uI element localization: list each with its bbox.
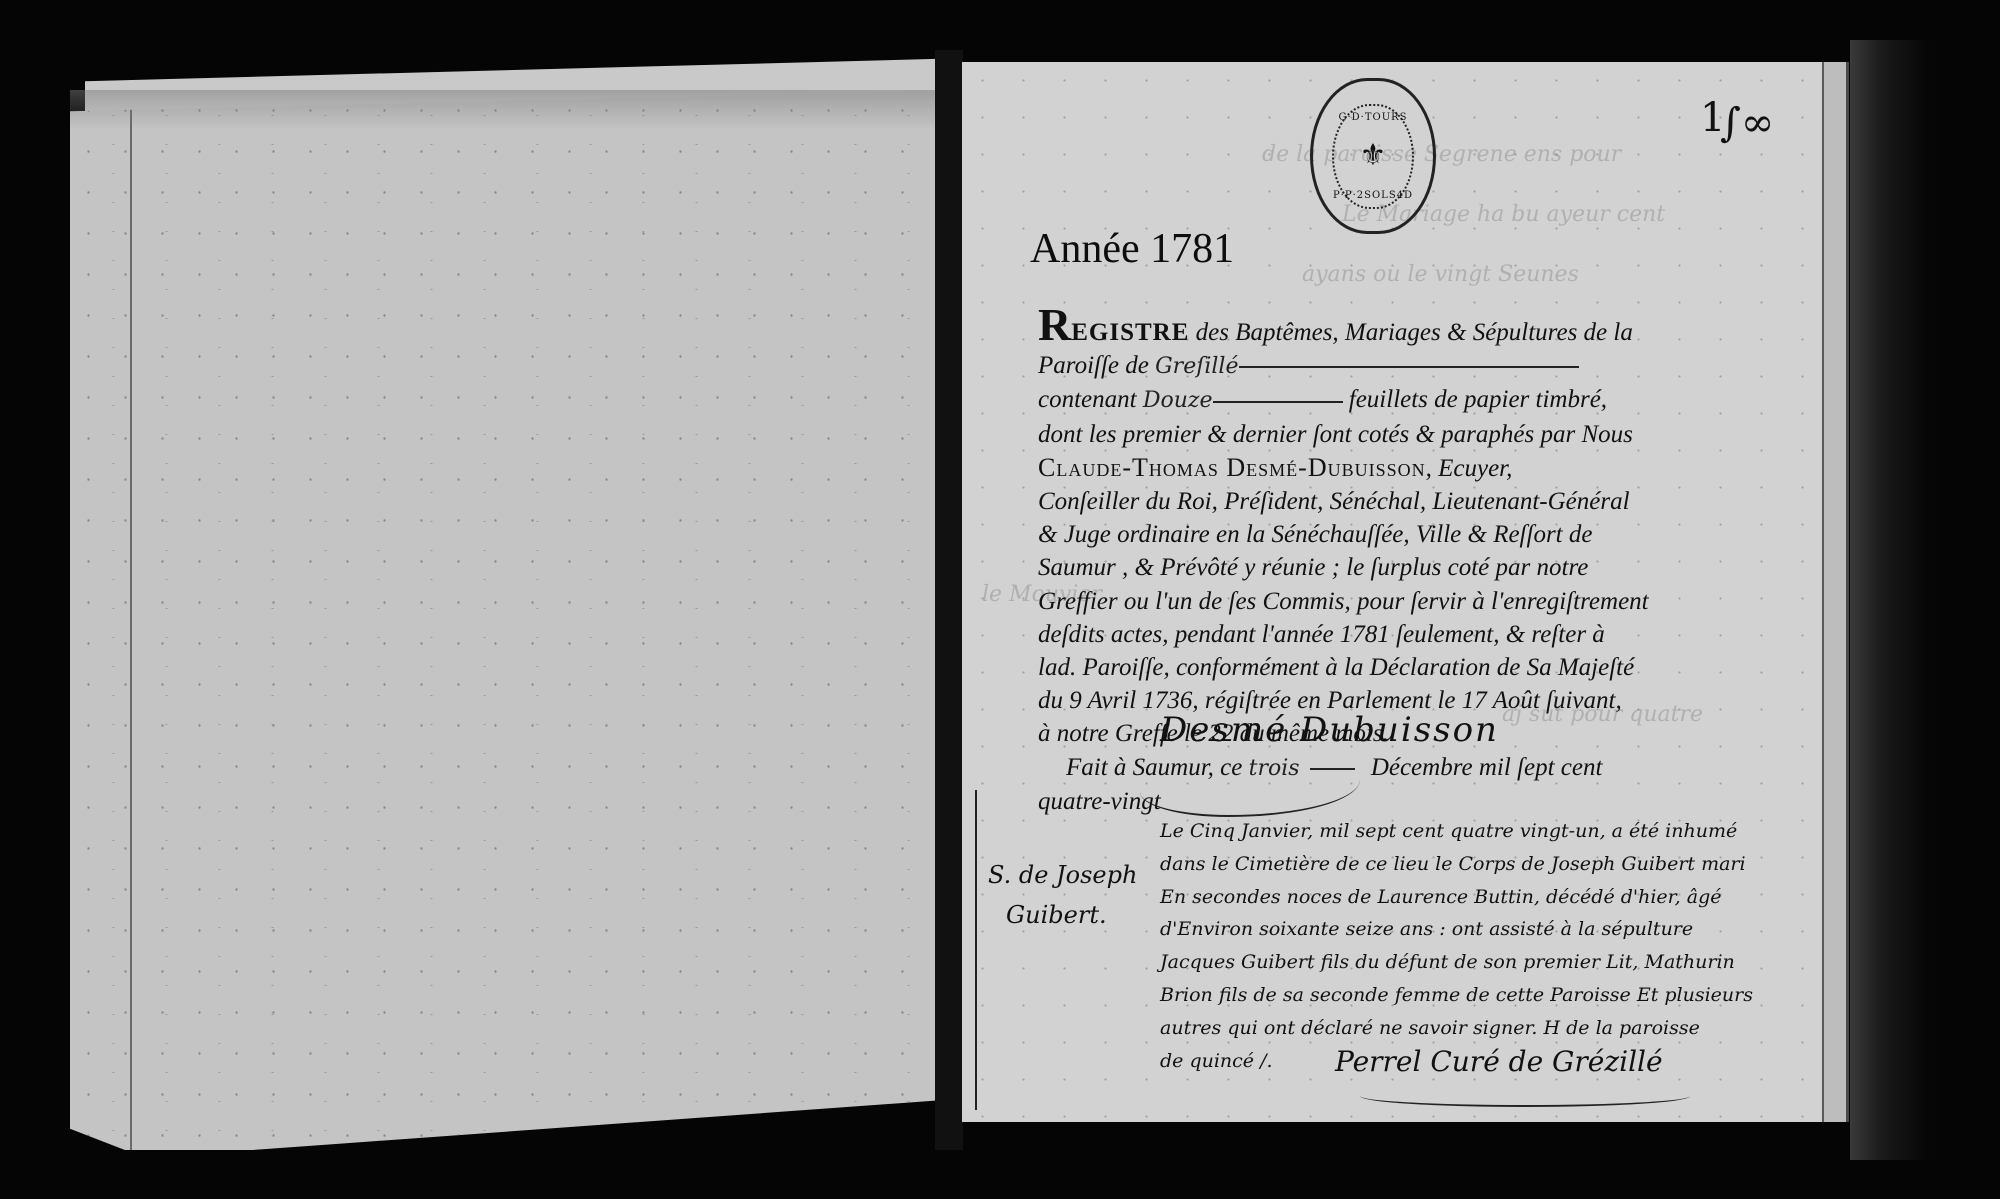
form-line: Conſeiller du Roi, Préſident, Sénéchal, … [1038,485,1668,518]
form-line: & Juge ordinaire en la Sénéchauſſée, Vil… [1038,518,1668,551]
book-gutter [935,50,963,1150]
left-page-shadow [70,90,985,130]
handwritten-count: Douze [1143,388,1213,413]
entry-line: autres qui ont déclaré ne savoir signer.… [1160,1012,1750,1045]
entry-line: dans le Cimetière de ce lieu le Corps de… [1160,848,1750,881]
margin-rule [975,790,977,1110]
form-line-official: Claude-Thomas Desmé-Dubuisson, Ecuyer, [1038,451,1668,485]
entry-line: Jacques Guibert fils du défunt de son pr… [1160,946,1750,979]
stacked-page-edges [1822,62,1849,1122]
magistrate-signature: Desmé Dubuisson [1160,710,1499,750]
form-line: dont les premier & dernier ſont cotés & … [1038,418,1668,451]
signature-flourish [1360,1085,1690,1107]
handwritten-parish: Greſillé [1155,354,1238,379]
form-line: Saumur , & Prévôté y réunie ; le ſurplus… [1038,551,1668,584]
form-line-count: contenant Douze feuillets de papier timb… [1038,383,1668,417]
book-cover-edge [1850,40,1930,1160]
entry-line: Brion fils de sa seconde femme de cette … [1160,979,1750,1012]
form-line: deſdits actes, pendant l'année 1781 ſeul… [1038,618,1668,651]
year-heading: Année 1781 [1030,225,1234,273]
form-line: lad. Paroiſſe, conformément à la Déclara… [1038,651,1668,684]
burial-entry: Le Cinq Janvier, mil sept cent quatre vi… [1160,815,1750,1077]
entry-line: En secondes noces de Laurence Buttin, dé… [1160,881,1750,914]
bleed-through-text: ayans ou le vingt Seunes [1302,262,1579,287]
paraph-mark: ∫∞ [1720,100,1774,146]
form-line: Greffier ou l'un de ſes Commis, pour ſer… [1038,585,1668,618]
left-page-blank [70,90,985,1150]
entry-line: Le Cinq Janvier, mil sept cent quatre vi… [1160,815,1750,848]
form-line: REGISTRE des Baptêmes, Mariages & Sépult… [1038,315,1668,349]
stamp-top-text: G·D·TOURS [1338,112,1407,123]
margin-note: S. de Joseph Guibert. [988,855,1137,935]
entry-line: d'Environ soixante seize ans : ont assis… [1160,913,1750,946]
page-crease [130,90,132,1150]
tax-stamp: G·D·TOURS ⚜ P·P·2SOLS4D [1310,78,1436,234]
stamp-bottom-text: P·P·2SOLS4D [1333,190,1413,201]
form-line-parish: Paroiſſe de Greſillé [1038,349,1668,383]
fleur-de-lis-icon: ⚜ [1360,141,1387,171]
priest-signature: Perrel Curé de Grézillé [1335,1045,1663,1078]
